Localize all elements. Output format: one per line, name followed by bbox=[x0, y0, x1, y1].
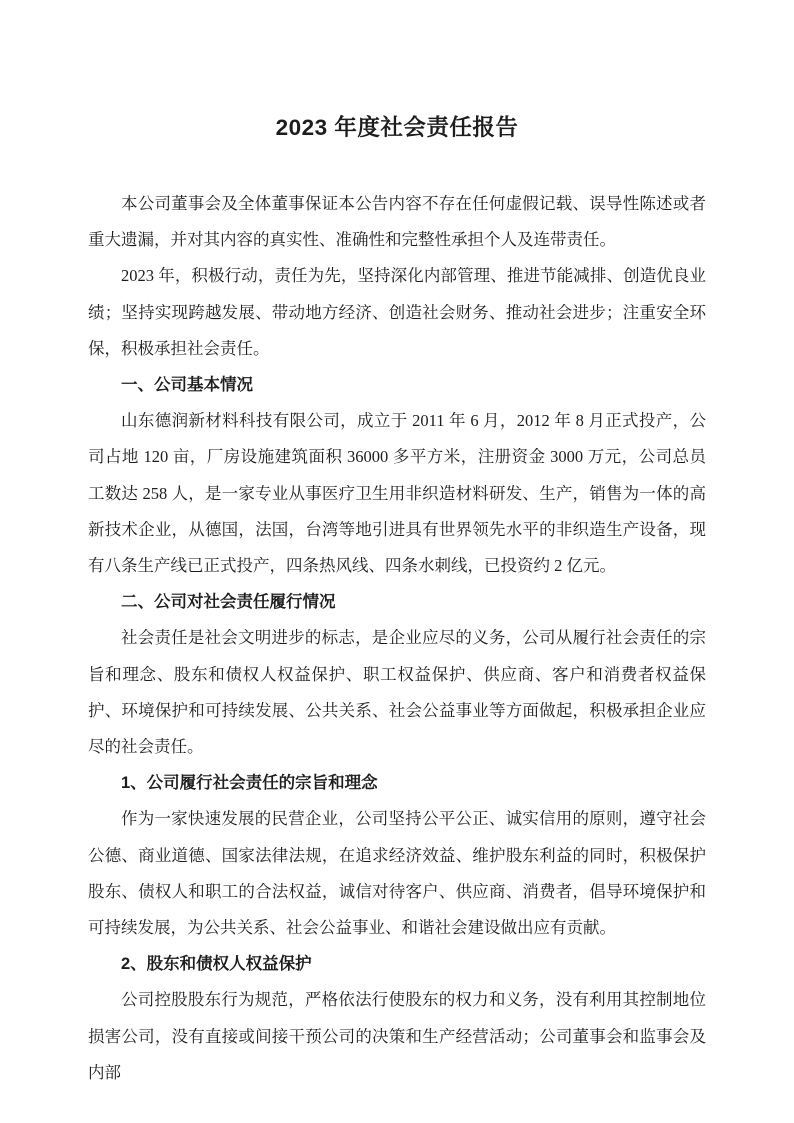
body-paragraph-responsibility-overview: 社会责任是社会文明进步的标志，是企业应尽的义务，公司从履行社会责任的宗旨和理念、… bbox=[88, 620, 706, 765]
section-heading-responsibility-performance: 二、公司对社会责任履行情况 bbox=[88, 584, 706, 620]
document-title: 2023 年度社会责任报告 bbox=[88, 110, 706, 146]
body-paragraph-intro: 2023 年，积极行动，责任为先，坚持深化内部管理、推进节能减排、创造优良业绩；… bbox=[88, 258, 706, 367]
body-paragraph-purpose-and-philosophy: 作为一家快速发展的民营企业，公司坚持公平公正、诚实信用的原则，遵守社会公德、商业… bbox=[88, 801, 706, 946]
section-heading-company-basics: 一、公司基本情况 bbox=[88, 367, 706, 403]
body-paragraph-disclaimer: 本公司董事会及全体董事保证本公告内容不存在任何虚假记载、误导性陈述或者重大遗漏，… bbox=[88, 186, 706, 258]
body-paragraph-company-basics: 山东德润新材料科技有限公司，成立于 2011 年 6 月，2012 年 8 月正… bbox=[88, 403, 706, 584]
body-paragraph-shareholder-creditor-protection: 公司控股股东行为规范，严格依法行使股东的权力和义务，没有利用其控制地位损害公司，… bbox=[88, 982, 706, 1091]
subsection-heading-purpose-and-philosophy: 1、公司履行社会责任的宗旨和理念 bbox=[88, 765, 706, 801]
document-page: 2023 年度社会责任报告 本公司董事会及全体董事保证本公告内容不存在任何虚假记… bbox=[0, 0, 794, 1123]
subsection-heading-shareholder-creditor-protection: 2、股东和债权人权益保护 bbox=[88, 946, 706, 982]
